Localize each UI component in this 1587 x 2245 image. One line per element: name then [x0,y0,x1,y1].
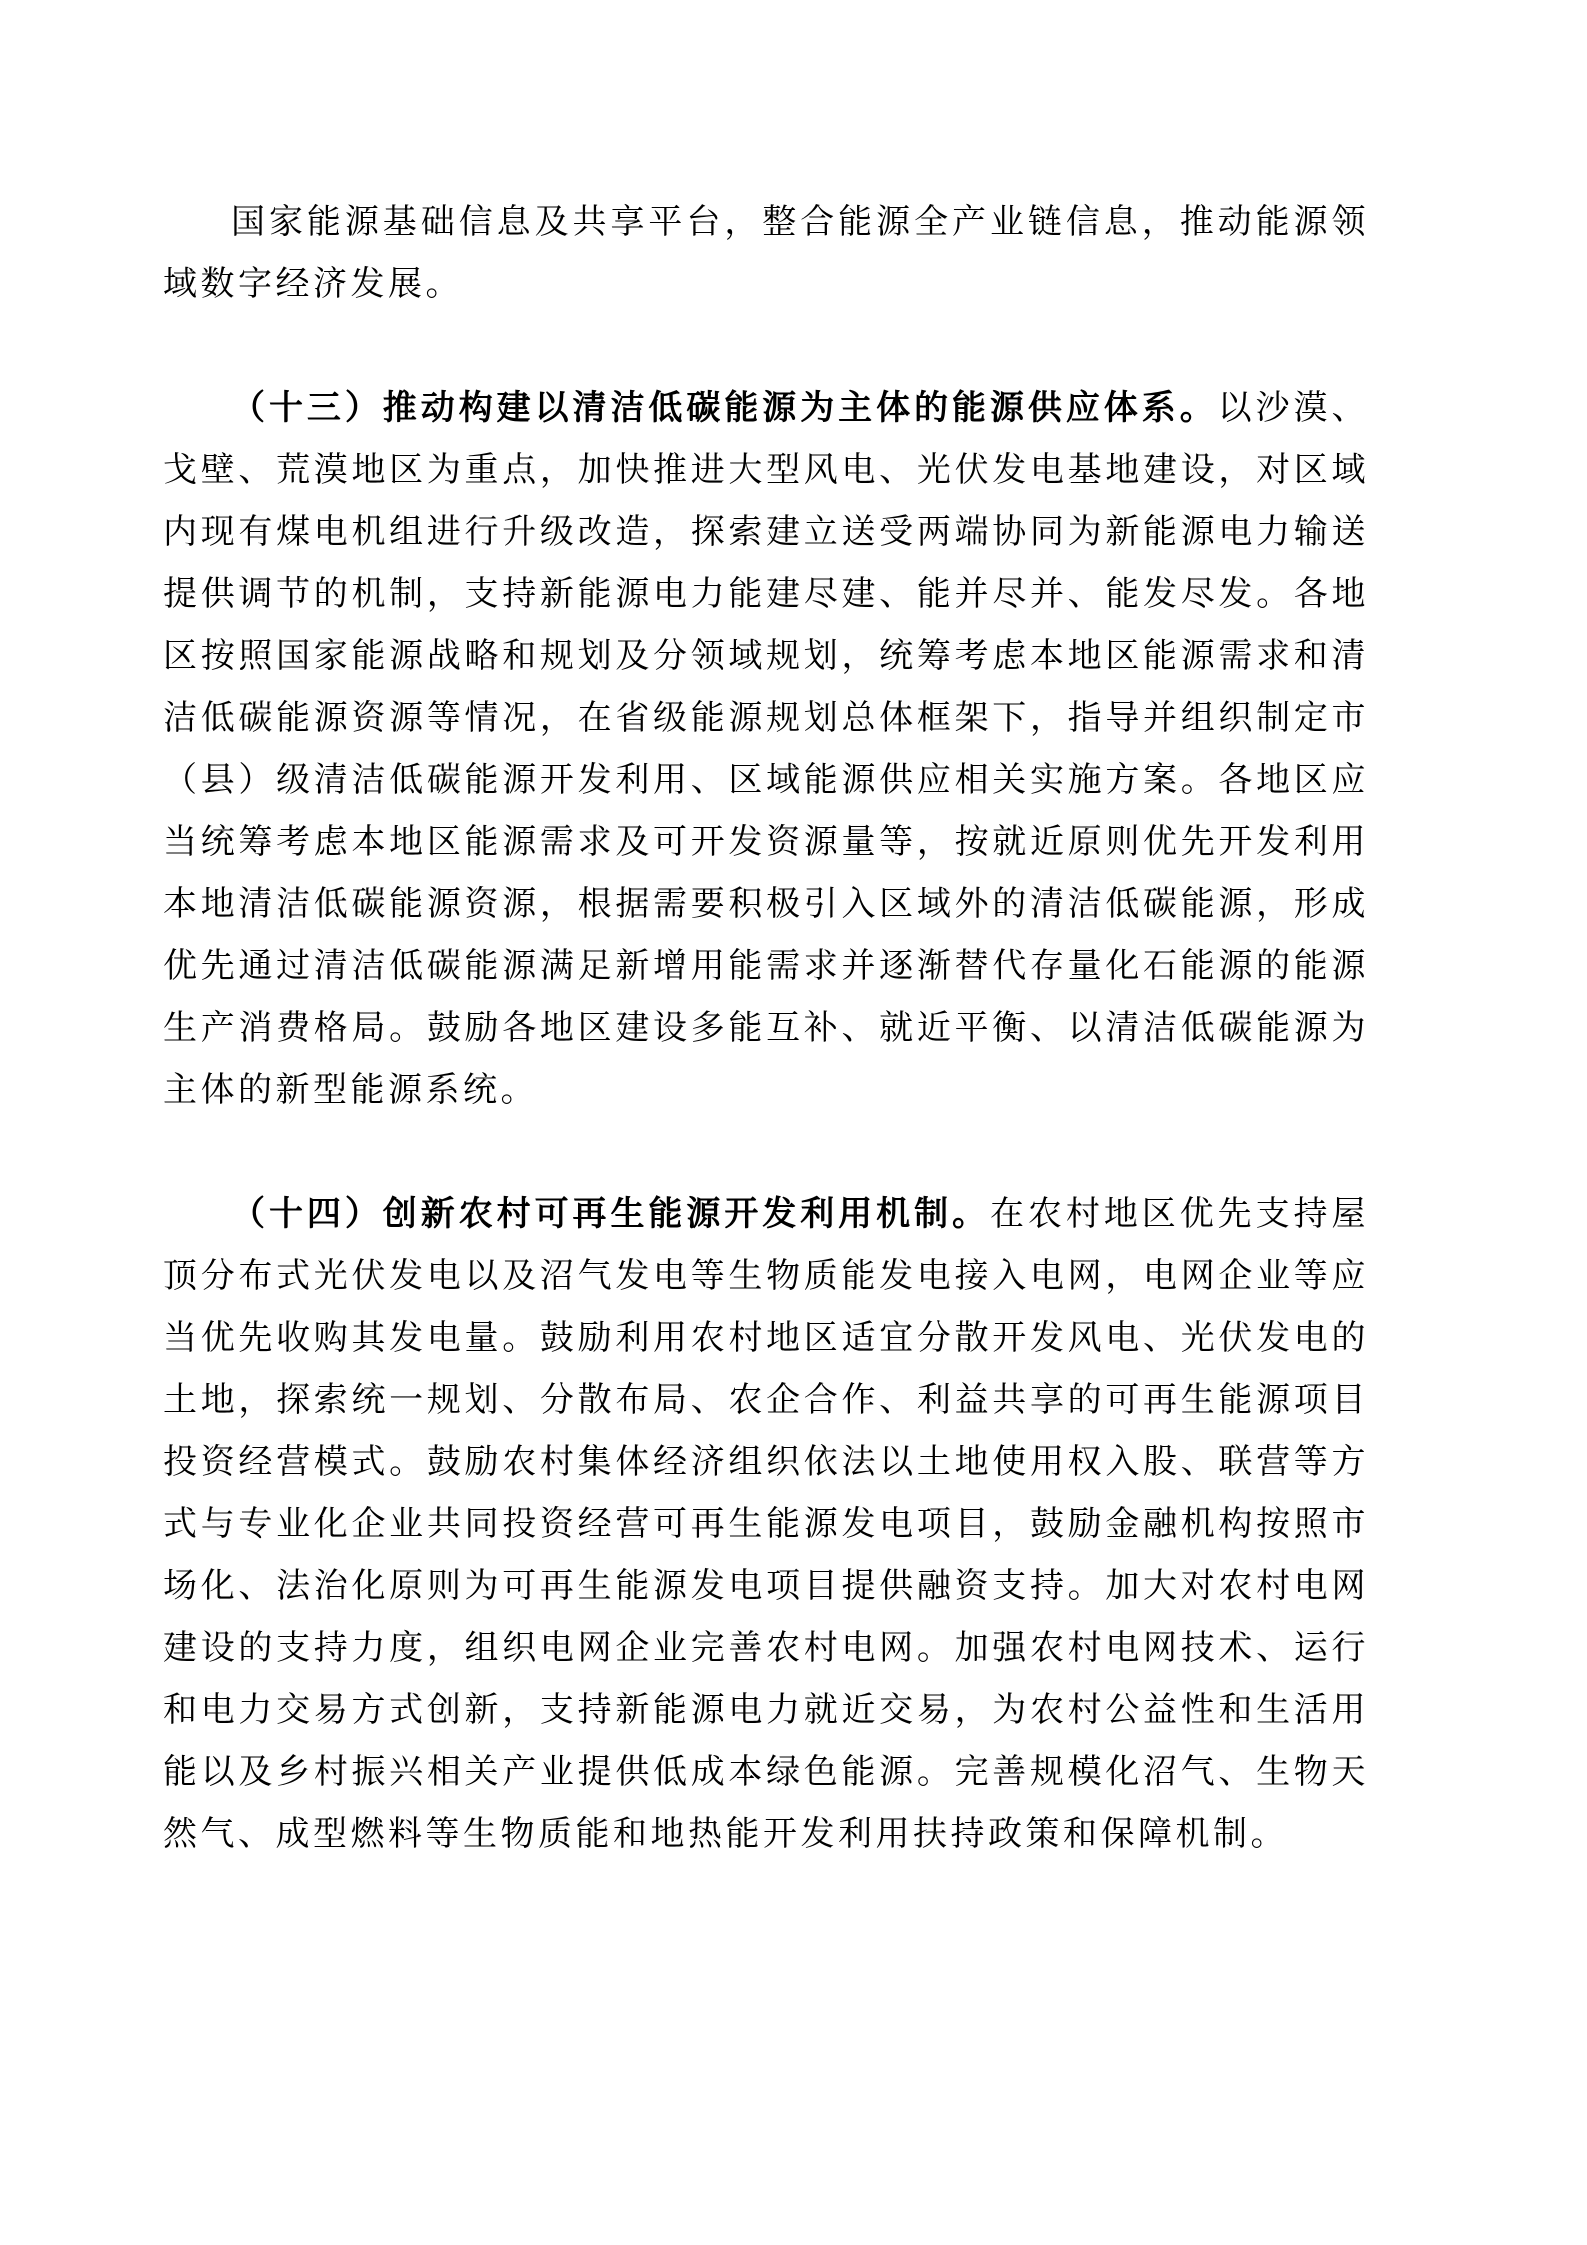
document-page: 国家能源基础信息及共享平台，整合能源全产业链信息，推动能源领域数字经济发展。（十… [0,0,1587,2245]
section-heading-text: （十四）创新农村可再生能源开发利用机制。 [231,1196,990,1233]
body-text: 在农村地区优先支持屋顶分布式光伏发电以及沼气发电等生物质能发电接入电网，电网企业… [163,1196,1369,1853]
para-13: （十三）推动构建以清洁低碳能源为主体的能源供应体系。以沙漠、戈壁、荒漠地区为重点… [163,378,1369,1122]
para-14: （十四）创新农村可再生能源开发利用机制。在农村地区优先支持屋顶分布式光伏发电以及… [163,1184,1369,1866]
body-text: 以沙漠、戈壁、荒漠地区为重点，加快推进大型风电、光伏发电基地建设，对区域内现有煤… [163,390,1369,1109]
section-heading-text: （十三）推动构建以清洁低碳能源为主体的能源供应体系。 [231,390,1218,427]
body-text: 国家能源基础信息及共享平台，整合能源全产业链信息，推动能源领域数字经济发展。 [163,204,1369,303]
para-intro: 国家能源基础信息及共享平台，整合能源全产业链信息，推动能源领域数字经济发展。 [163,192,1369,316]
document-body: 国家能源基础信息及共享平台，整合能源全产业链信息，推动能源领域数字经济发展。（十… [163,192,1369,1866]
